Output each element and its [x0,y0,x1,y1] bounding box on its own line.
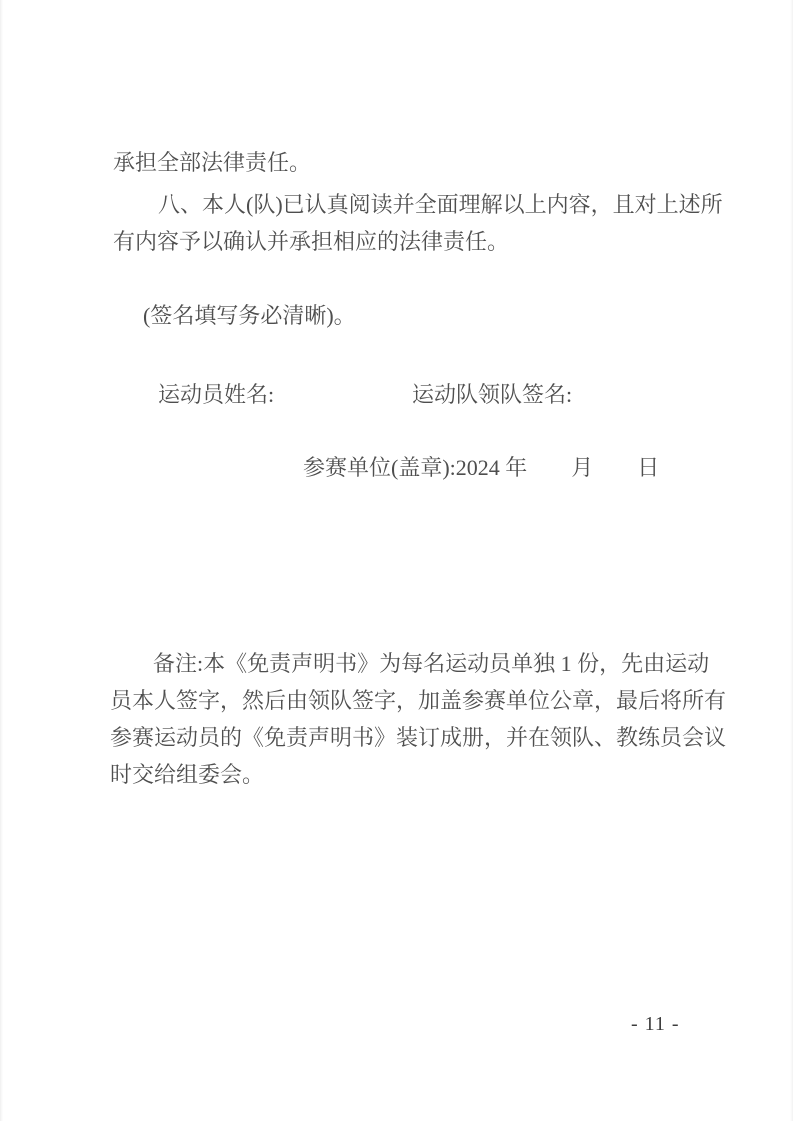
document-page: 承担全部法律责任。 八、本人(队)已认真阅读并全面理解以上内容，且对上述所 有内… [0,0,793,1121]
clause-eight-line-1: 八、本人(队)已认真阅读并全面理解以上内容，且对上述所 [158,192,723,218]
liability-paragraph-end: 承担全部法律责任。 [113,150,311,176]
clause-eight-line-2: 有内容予以确认并承担相应的法律责任。 [113,229,509,255]
athlete-name-label: 运动员姓名: [158,382,274,408]
page-number: - 11 - [631,1012,680,1036]
signature-clarity-note: (签名填写务必清晰)。 [143,303,356,329]
remark-line-1: 备注:本《免责声明书》为每名运动员单独 1 份，先由运动 [153,651,709,677]
unit-seal-date-line: 参赛单位(盖章):2024 年 月 日 [303,455,659,481]
remark-line-3: 参赛运动员的《免责声明书》装订成册，并在领队、教练员会议 [110,725,726,751]
remark-line-2: 员本人签字，然后由领队签字，加盖参赛单位公章，最后将所有 [110,688,726,714]
remark-line-4: 时交给组委会。 [110,762,264,788]
scan-edge-artifact-left [0,0,3,1121]
team-leader-signature-label: 运动队领队签名: [412,382,572,408]
